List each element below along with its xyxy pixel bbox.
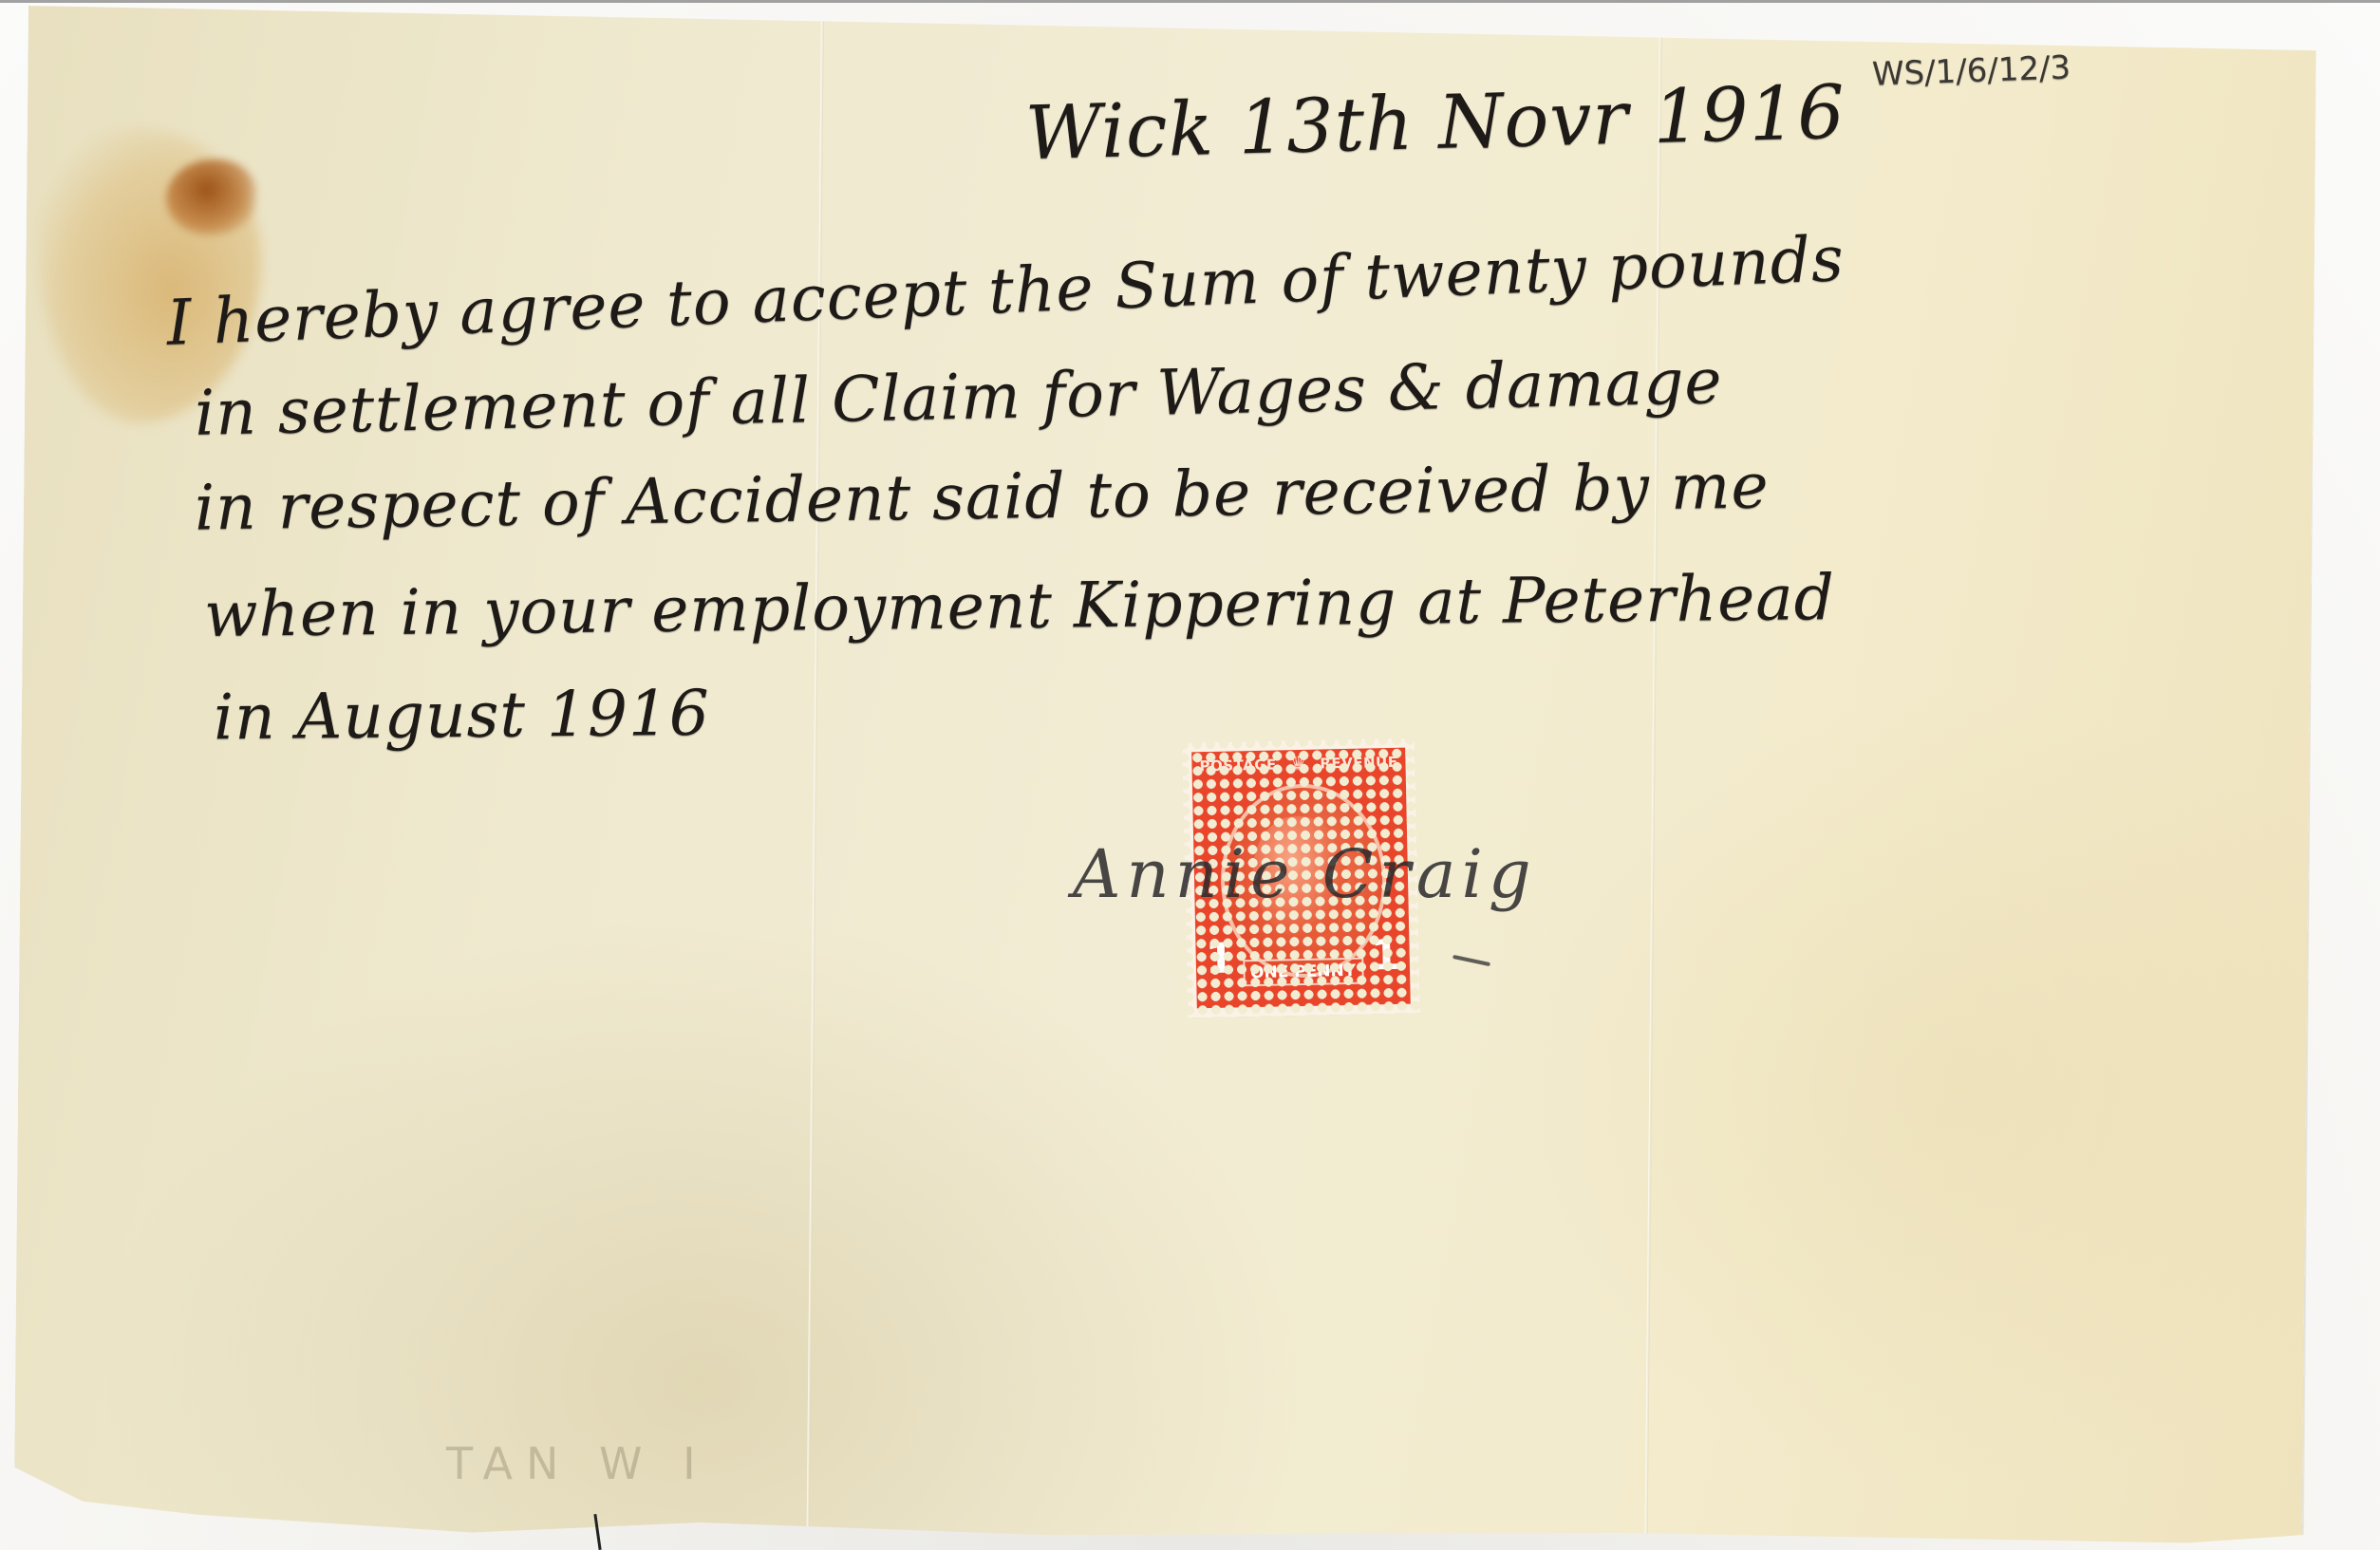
faint-imprint: TAN W I xyxy=(446,1438,709,1489)
fold-line-left xyxy=(807,13,824,1536)
body-line-5: in August 1916 xyxy=(214,677,711,755)
document-paper xyxy=(14,6,2316,1550)
stamp-value-left: 1 xyxy=(1205,934,1235,983)
stamp-value-right: 1 xyxy=(1371,931,1401,980)
signature: Annie Craig xyxy=(1073,835,1537,913)
archive-reference: WS/1/6/12/3 xyxy=(1871,48,2071,93)
stamp-revenue-label: REVENUE xyxy=(1320,754,1397,773)
top-edge-shadow xyxy=(0,0,2380,3)
rust-stain xyxy=(166,159,256,235)
stamp-postage-label: POSTAGE xyxy=(1199,756,1277,775)
crown-icon: ♛ xyxy=(1290,752,1307,775)
stamp-denomination: ONE PENNY xyxy=(1243,958,1364,987)
